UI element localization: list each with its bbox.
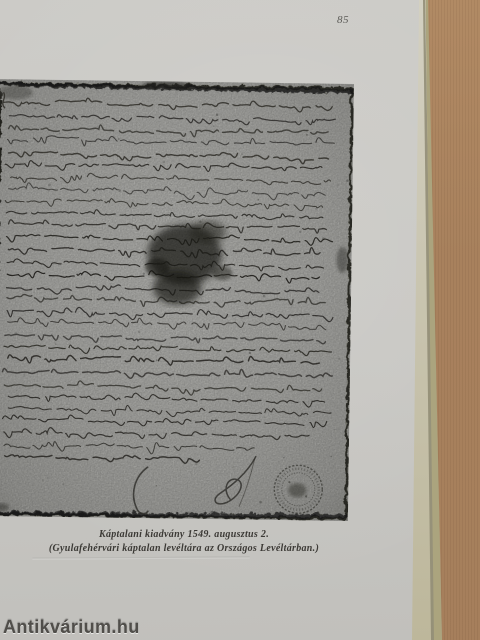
caption-line-1: Káptalani kiadvány 1549. augusztus 2. bbox=[0, 528, 368, 542]
watermark: Antikvárium.hu bbox=[3, 617, 140, 638]
manuscript-photo-image bbox=[0, 79, 354, 521]
page-number: 85 bbox=[330, 14, 356, 26]
book-scan: { "page": { "number": "85" }, "photo_cap… bbox=[0, 0, 480, 640]
caption-line-2: (Gyulafehérvári káptalan levéltára az Or… bbox=[0, 542, 368, 556]
crease-line bbox=[32, 556, 250, 559]
photo-grain bbox=[0, 79, 354, 521]
manuscript-photo bbox=[0, 79, 354, 521]
photo-caption: Káptalani kiadvány 1549. augusztus 2. (G… bbox=[0, 528, 368, 555]
